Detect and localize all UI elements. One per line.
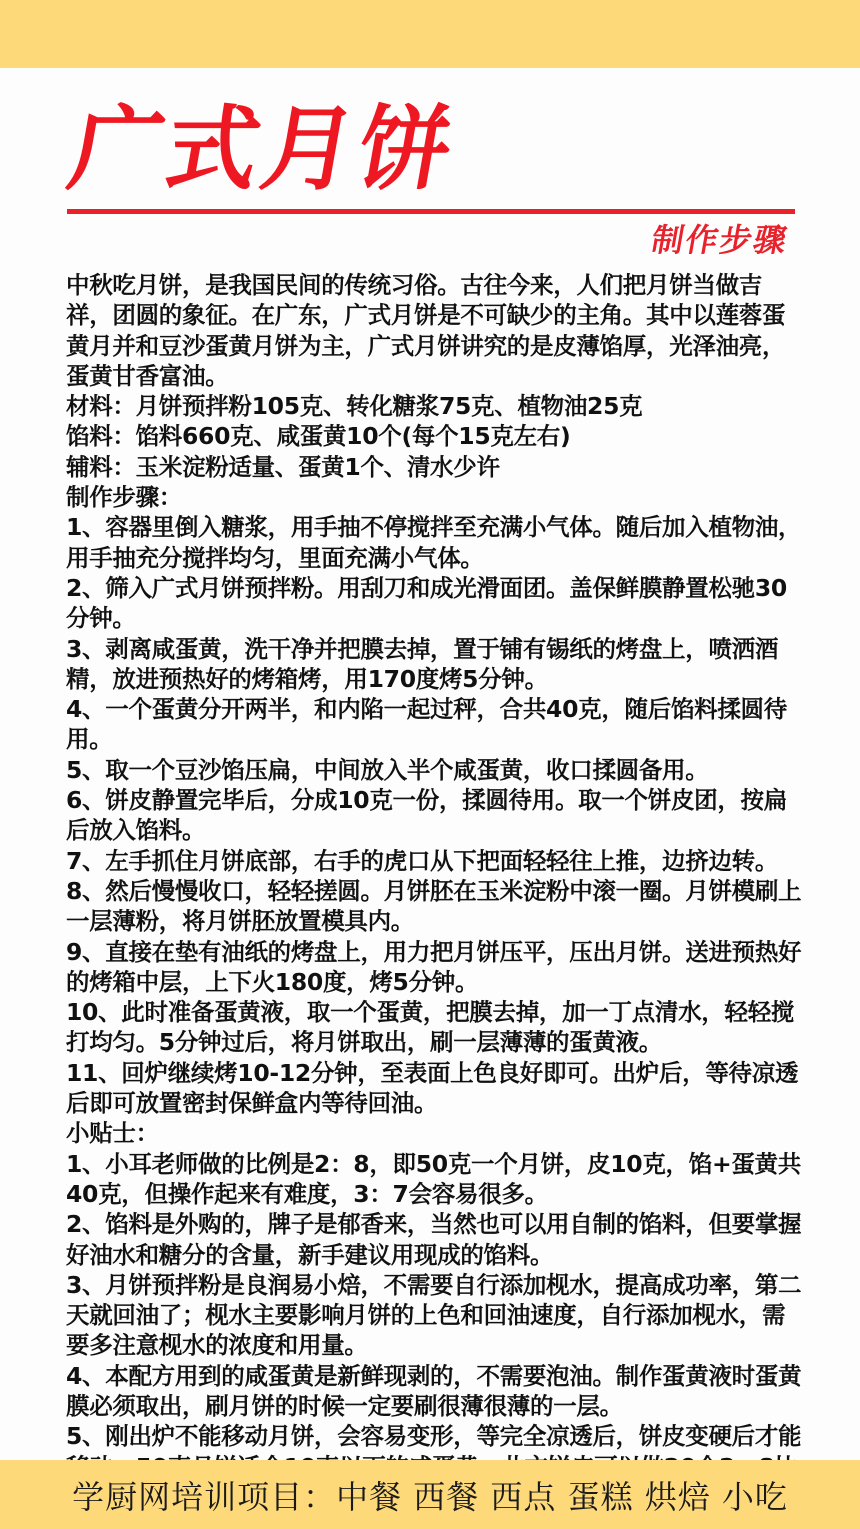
tip-item: 4、本配方用到的咸蛋黄是新鲜现剥的，不需要泡油。制作蛋黄液时蛋黄膜必须取出，刷月… bbox=[66, 1361, 806, 1422]
intro-paragraph: 中秋吃月饼，是我国民间的传统习俗。古往今来，人们把月饼当做吉祥，团圆的象征。在广… bbox=[66, 270, 806, 391]
ingredients-filling: 馅料：馅料660克、咸蛋黄10个(每个15克左右) bbox=[66, 421, 806, 451]
step-item: 8、然后慢慢收口，轻轻搓圆。月饼胚在玉米淀粉中滚一圈。月饼模刷上一层薄粉，将月饼… bbox=[66, 876, 806, 937]
step-item: 5、取一个豆沙馅压扁，中间放入半个咸蛋黄，收口揉圆备用。 bbox=[66, 755, 806, 785]
tip-item: 2、馅料是外购的，牌子是郁香来，当然也可以用自制的馅料，但要掌握好油水和糖分的含… bbox=[66, 1209, 806, 1270]
step-item: 4、一个蛋黄分开两半，和内陷一起过秤，合共40克，随后馅料揉圆待用。 bbox=[66, 694, 806, 755]
top-banner bbox=[0, 0, 860, 68]
steps-heading: 制作步骤： bbox=[66, 482, 806, 512]
step-item: 1、容器里倒入糖浆，用手抽不停搅拌至充满小气体。随后加入植物油，用手抽充分搅拌均… bbox=[66, 512, 806, 573]
step-item: 7、左手抓住月饼底部，右手的虎口从下把面轻轻往上推，边挤边转。 bbox=[66, 846, 806, 876]
step-item: 11、回炉继续烤10-12分钟，至表面上色良好即可。出炉后，等待凉透后即可放置密… bbox=[66, 1058, 806, 1119]
tip-item: 1、小耳老师做的比例是2：8，即50克一个月饼，皮10克，馅+蛋黄共40克，但操… bbox=[66, 1149, 806, 1210]
footer-text: 学厨网培训项目：中餐 西餐 西点 蛋糕 烘焙 小吃 bbox=[72, 1472, 788, 1518]
step-item: 10、此时准备蛋黄液，取一个蛋黄，把膜去掉，加一丁点清水，轻轻搅打均匀。5分钟过… bbox=[66, 997, 806, 1058]
step-item: 9、直接在垫有油纸的烤盘上，用力把月饼压平，压出月饼。送进预热好的烤箱中层，上下… bbox=[66, 937, 806, 998]
page-subtitle: 制作步骤 bbox=[648, 220, 791, 260]
tips-heading: 小贴士： bbox=[66, 1118, 806, 1148]
ingredients-materials: 材料：月饼预拌粉105克、转化糖浆75克、植物油25克 bbox=[66, 391, 806, 421]
title-divider bbox=[67, 209, 795, 214]
tip-item: 3、月饼预拌粉是良润易小焙，不需要自行添加枧水，提高成功率，第二天就回油了；枧水… bbox=[66, 1270, 806, 1361]
step-item: 2、筛入广式月饼预拌粉。用刮刀和成光滑面团。盖保鲜膜静置松驰30分钟。 bbox=[66, 573, 806, 634]
step-item: 6、饼皮静置完毕后，分成10克一份，揉圆待用。取一个饼皮团，按扁后放入馅料。 bbox=[66, 785, 806, 846]
ingredients-auxiliary: 辅料：玉米淀粉适量、蛋黄1个、清水少许 bbox=[66, 452, 806, 482]
page-title: 广式月饼 bbox=[62, 100, 464, 200]
step-item: 3、剥离咸蛋黄，洗干净并把膜去掉，置于铺有锡纸的烤盘上，喷洒酒精，放进预热好的烤… bbox=[66, 634, 806, 695]
footer-banner: 学厨网培训项目：中餐 西餐 西点 蛋糕 烘焙 小吃 bbox=[0, 1460, 860, 1529]
article-body: 中秋吃月饼，是我国民间的传统习俗。古往今来，人们把月饼当做吉祥，团圆的象征。在广… bbox=[66, 270, 806, 1512]
